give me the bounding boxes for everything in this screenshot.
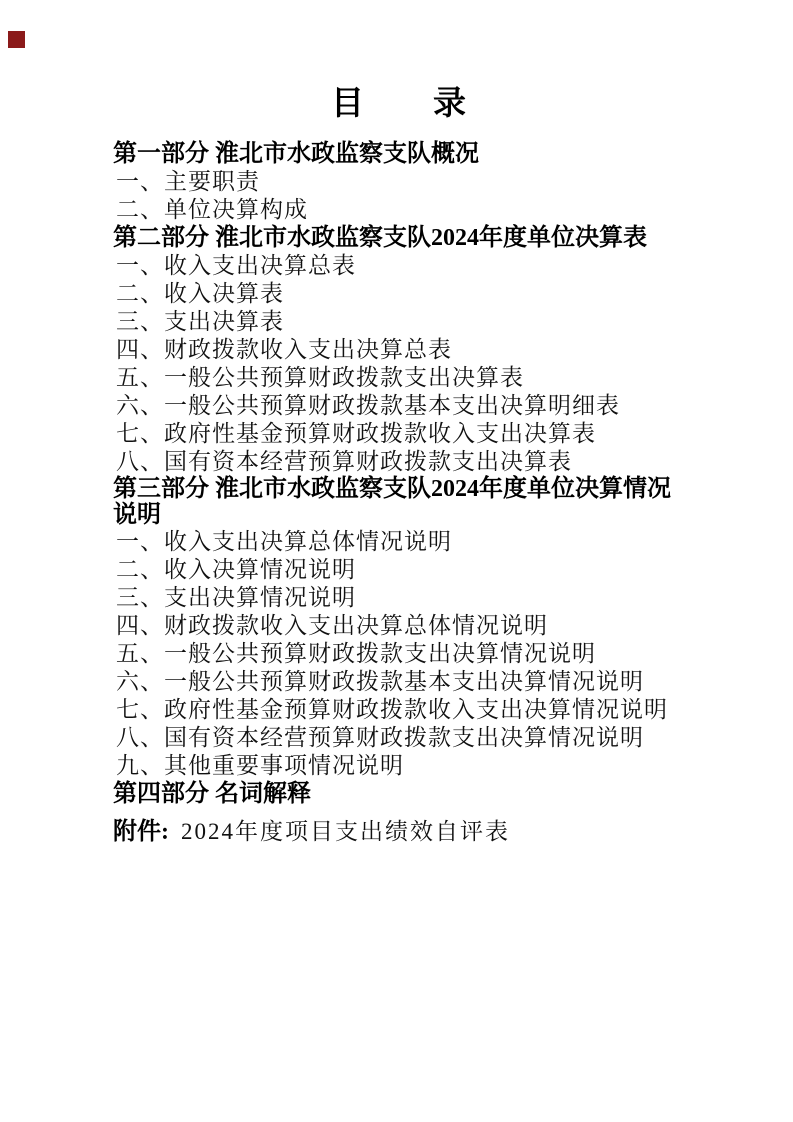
- toc-item: 二、单位决算构成: [113, 196, 685, 224]
- section-heading-part2: 第二部分 淮北市水政监察支队2024年度单位决算表: [113, 224, 685, 252]
- toc-item: 四、财政拨款收入支出决算总表: [113, 336, 685, 364]
- red-square-marker: [8, 31, 25, 48]
- toc-item: 六、一般公共预算财政拨款基本支出决算情况说明: [113, 668, 685, 696]
- toc-item: 五、一般公共预算财政拨款支出决算表: [113, 364, 685, 392]
- toc-item: 三、支出决算表: [113, 308, 685, 336]
- toc-item: 四、财政拨款收入支出决算总体情况说明: [113, 612, 685, 640]
- document-page: 目 录 第一部分 淮北市水政监察支队概况 一、主要职责 二、单位决算构成 第二部…: [0, 0, 793, 1122]
- toc-item: 二、收入决算情况说明: [113, 556, 685, 584]
- attachment-text: 2024年度项目支出绩效自评表: [181, 819, 510, 844]
- toc-item: 一、主要职责: [113, 168, 685, 196]
- toc-item: 三、支出决算情况说明: [113, 584, 685, 612]
- toc-item: 六、一般公共预算财政拨款基本支出决算明细表: [113, 392, 685, 420]
- toc-item: 五、一般公共预算财政拨款支出决算情况说明: [113, 640, 685, 668]
- toc-content: 目 录 第一部分 淮北市水政监察支队概况 一、主要职责 二、单位决算构成 第二部…: [113, 84, 685, 850]
- section-heading-part3: 第三部分 淮北市水政监察支队2024年度单位决算情况 说明: [113, 476, 685, 528]
- toc-item: 八、国有资本经营预算财政拨款支出决算表: [113, 448, 685, 476]
- toc-item: 九、其他重要事项情况说明: [113, 752, 685, 780]
- toc-item: 七、政府性基金预算财政拨款收入支出决算表: [113, 420, 685, 448]
- attachment-line: 附件:2024年度项目支出绩效自评表: [113, 817, 685, 850]
- toc-item: 八、国有资本经营预算财政拨款支出决算情况说明: [113, 724, 685, 752]
- toc-item: 一、收入支出决算总体情况说明: [113, 528, 685, 556]
- toc-item: 七、政府性基金预算财政拨款收入支出决算情况说明: [113, 696, 685, 724]
- attachment-label: 附件:: [113, 819, 169, 845]
- toc-item: 一、收入支出决算总表: [113, 252, 685, 280]
- section-heading-part1: 第一部分 淮北市水政监察支队概况: [113, 140, 685, 168]
- toc-item: 二、收入决算表: [113, 280, 685, 308]
- toc-title: 目 录: [113, 84, 685, 124]
- section-heading-part4: 第四部分 名词解释: [113, 780, 685, 808]
